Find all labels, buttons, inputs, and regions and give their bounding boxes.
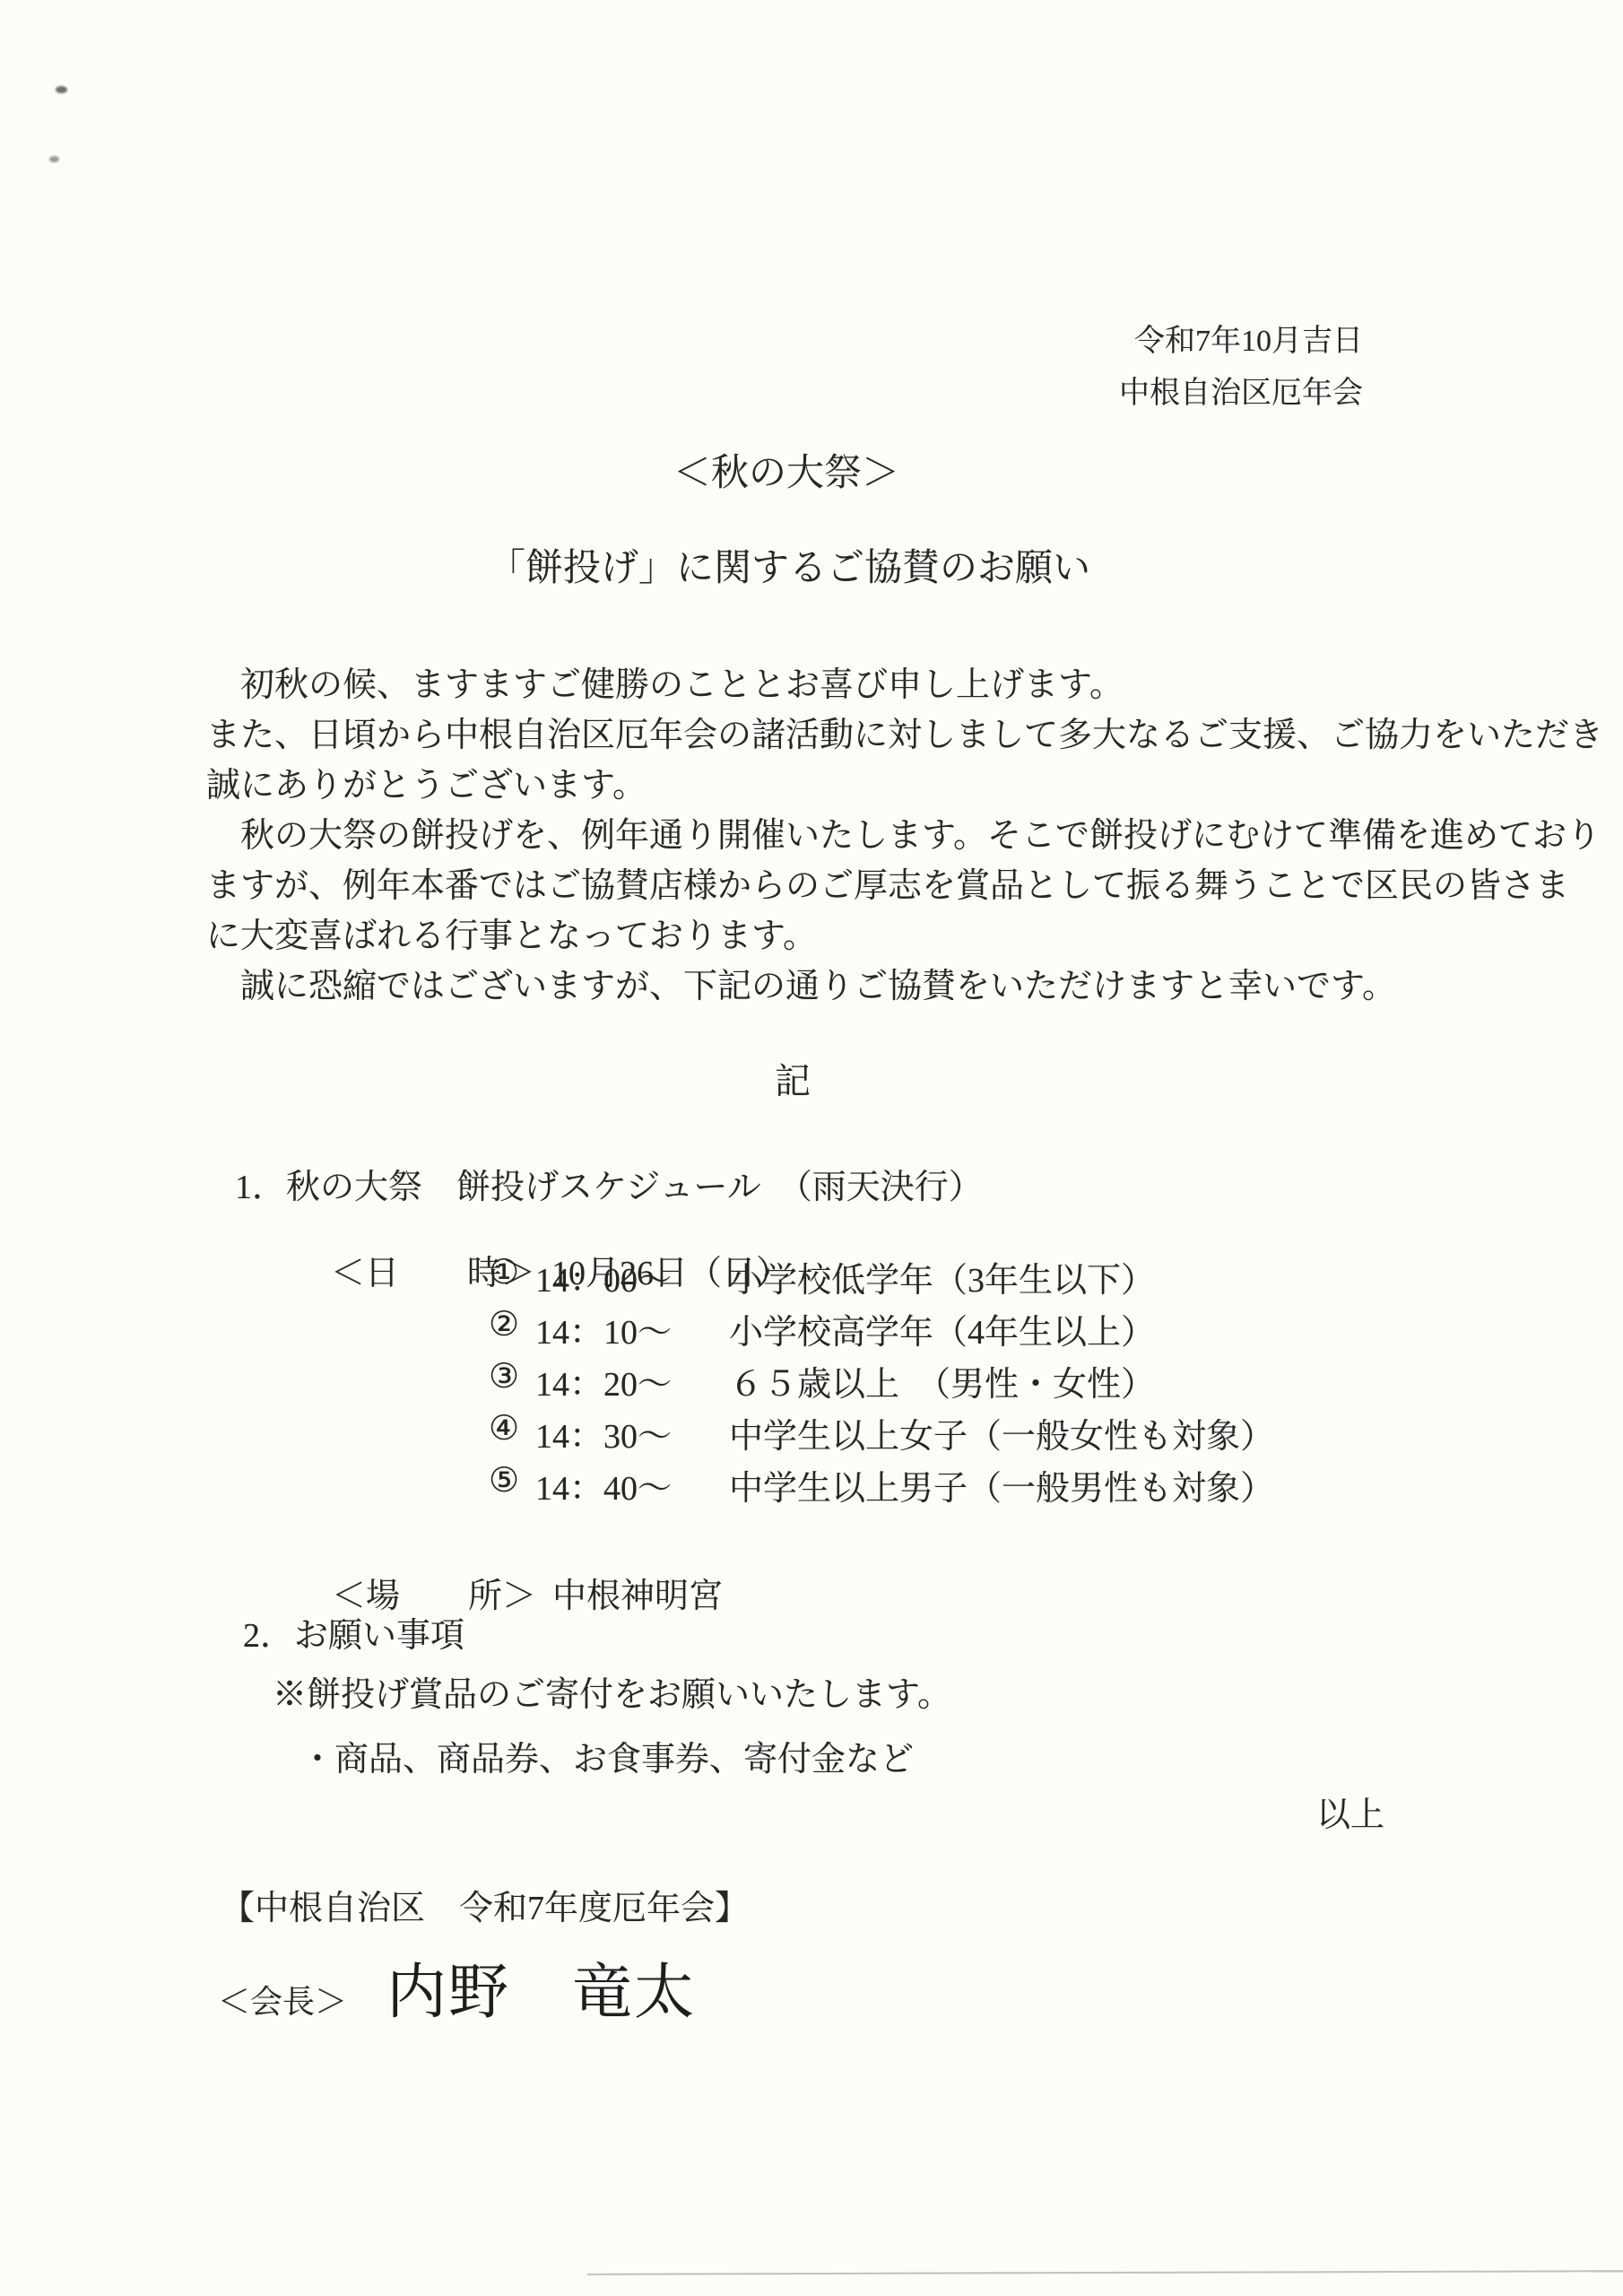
scanned-letter-page: 令和7年10月吉日 中根自治区厄年会 ＜秋の大祭＞ 「餅投げ」に関するご協賛のお… [0, 0, 1623, 2296]
scan-speck [56, 86, 67, 93]
schedule-row: ④ 14：30～ 中学生以上女子（一般女性も対象） [489, 1408, 1274, 1460]
schedule-time: 14：30～ [535, 1408, 729, 1457]
schedule-row: ⑤ 14：40～ 中学生以上男子（一般男性も対象） [489, 1460, 1274, 1512]
schedule-time: 14：00～ [535, 1252, 729, 1301]
date-sender-block: 令和7年10月吉日 中根自治区厄年会 [1119, 316, 1363, 420]
section2-note: ※餅投げ賞品のご寄付をお願いいたします。 [273, 1666, 951, 1716]
document-subtitle: 「餅投げ」に関するご協賛のお願い [0, 538, 1578, 592]
closing-word: 以上 [1316, 1787, 1384, 1836]
date-line: 令和7年10月吉日 [1119, 316, 1363, 368]
place-value: 中根神明宮 [552, 1578, 723, 1615]
chairman-name: 内野 竜太 [386, 1944, 696, 2031]
schedule-number: ⑤ [489, 1460, 535, 1500]
schedule-row: ③ 14：20～ ６５歳以上 （男性・女性） [489, 1356, 1274, 1408]
body-line: また、日頃から中根自治区厄年会の諸活動に対しまして多大なるご支援、ご協力をいただ… [206, 710, 1399, 761]
schedule-number: ② [489, 1304, 535, 1344]
body-line: に大変喜ばれる行事となっております。 [206, 911, 1399, 961]
scan-edge-line [587, 2270, 1623, 2275]
schedule-row: ① 14：00～ 小学校低学年（3年生以下） [489, 1252, 1274, 1304]
schedule-group: 中学生以上男子（一般男性も対象） [729, 1460, 1274, 1509]
section2-bullet: ・商品、商品券、お食事券、寄付金など [300, 1731, 914, 1780]
body-paragraphs: 初秋の候、ますますご健勝のこととお喜び申し上げます。 また、日頃から中根自治区厄… [206, 660, 1399, 1012]
schedule-group: 小学校高学年（4年生以上） [729, 1304, 1155, 1353]
scan-speck [49, 156, 59, 162]
signature-row: ＜会長＞ 内野 竜太 [218, 1944, 696, 2031]
sender-line: 中根自治区厄年会 [1119, 368, 1363, 420]
schedule-number: ③ [489, 1356, 535, 1396]
footer-organization: 【中根自治区 令和7年度厄年会】 [221, 1880, 749, 1929]
document-title: ＜秋の大祭＞ [0, 443, 1573, 497]
body-line: 誠に恐縮ではございますが、下記の通りご協賛をいただけますと幸いです。 [206, 961, 1399, 1012]
body-line: 秋の大祭の餅投げを、例年通り開催いたします。そこで餅投げにむけて準備を進めており [206, 811, 1399, 861]
body-line: 誠にありがとうございます。 [206, 761, 1399, 811]
schedule-group: 小学校低学年（3年生以下） [729, 1252, 1155, 1301]
chairman-label: ＜会長＞ [218, 1977, 347, 2022]
section2-heading: 2．お願い事項 [243, 1607, 464, 1657]
schedule-number: ④ [489, 1408, 535, 1448]
schedule-group: 中学生以上女子（一般女性も対象） [729, 1408, 1274, 1457]
schedule-time: 14：20～ [535, 1356, 729, 1405]
record-marker: 記 [0, 1053, 1585, 1104]
schedule-row: ② 14：10～ 小学校高学年（4年生以上） [489, 1304, 1274, 1356]
schedule-time: 14：40～ [535, 1460, 729, 1509]
schedule-list: ① 14：00～ 小学校低学年（3年生以下） ② 14：10～ 小学校高学年（4… [489, 1252, 1274, 1512]
body-line: 初秋の候、ますますご健勝のこととお喜び申し上げます。 [206, 660, 1399, 710]
schedule-number: ① [489, 1252, 535, 1292]
body-line: ますが、例年本番ではご協賛店様からのご厚志を賞品として振る舞うことで区民の皆さま [206, 861, 1399, 911]
section1-heading: 1．秋の大祭 餅投げスケジュール （雨天決行） [235, 1159, 983, 1208]
schedule-group: ６５歳以上 （男性・女性） [729, 1356, 1155, 1405]
schedule-time: 14：10～ [535, 1304, 729, 1353]
